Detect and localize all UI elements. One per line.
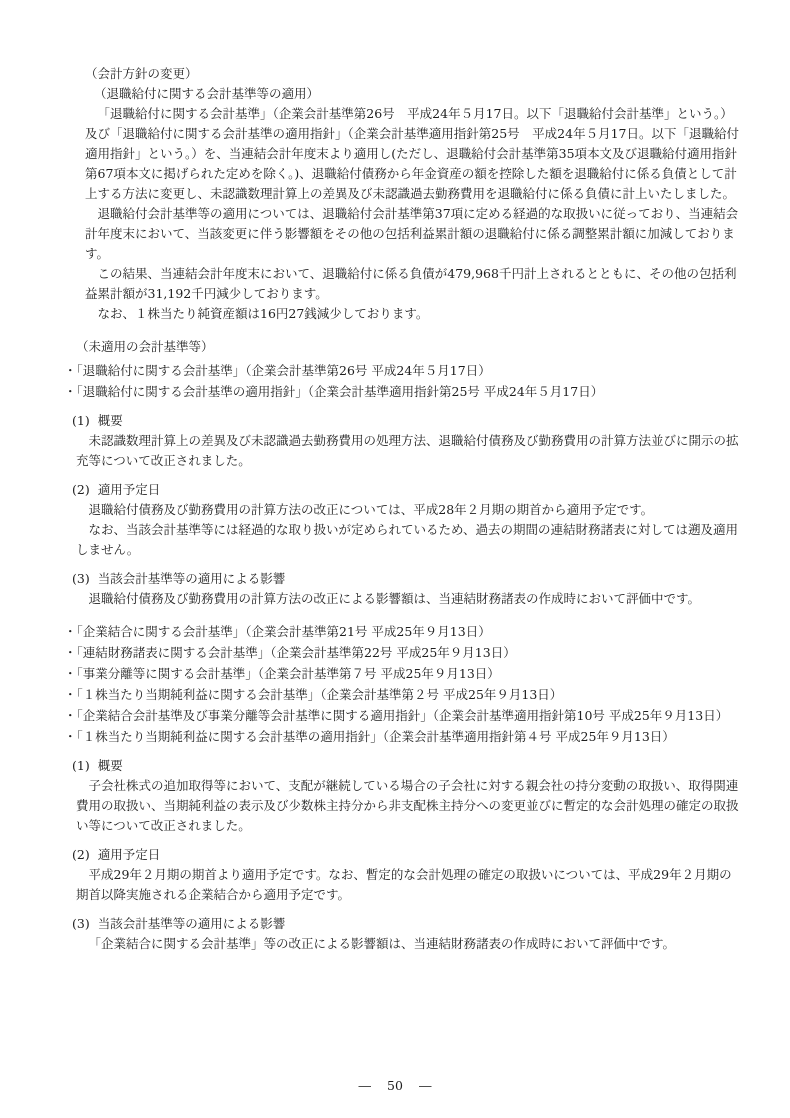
accounting-policy-change-section: （会計方針の変更） （退職給付に関する会計基準等の適用） 「退職給付に関する会計… (64, 64, 740, 324)
bullet-item: ・「企業結合に関する会計基準」（企業会計基準第21号 平成25年９月13日） (64, 621, 740, 642)
page-number: 50 (387, 1078, 403, 1093)
bullet-text: 「退職給付に関する会計基準の適用指針」（企業会計基準適用指針第25号 平成24年… (77, 384, 604, 399)
standards-bullet-list-1: ・「退職給付に関する会計基準」（企業会計基準第26号 平成24年５月17日） ・… (64, 360, 740, 402)
bullet-text: 「事業分離等に関する会計基準」（企業会計基準第７号 平成25年９月13日） (77, 666, 500, 681)
item-title: 当該会計基準等の適用による影響 (98, 571, 286, 586)
item-number: (2) (72, 845, 90, 865)
item-body: 未認識数理計算上の差異及び未認識過去勤務費用の処理方法、退職給付債務及び勤務費用… (76, 431, 740, 471)
item-title: 概要 (98, 413, 123, 428)
item-body: 退職給付債務及び勤務費用の計算方法の改正による影響額は、当連結財務諸表の作成時に… (76, 589, 740, 609)
bullet-marker: ・ (64, 729, 77, 744)
bullet-marker: ・ (64, 624, 77, 639)
subsection-heading-retirement-benefits: （退職給付に関する会計基準等の適用） (94, 84, 740, 104)
section-heading-unapplied-standards: （未適用の会計基準等） (76, 337, 740, 357)
paragraph-per-share-impact: なお、１株当たり純資産額は16円27銭減少しております。 (85, 304, 740, 324)
paragraph-transitional-treatment: 退職給付会計基準等の適用については、退職給付会計基準第37項に定める経過的な取扱… (85, 204, 740, 264)
numbered-item-application-date-2: (2)適用予定日 平成29年２月期の期首より適用予定です。なお、暫定的な会計処理… (64, 845, 740, 905)
item-number: (1) (72, 756, 90, 776)
item-body: 子会社株式の追加取得等において、支配が継続している場合の子会社に対する親会社の持… (76, 776, 740, 836)
numbered-item-impact-1: (3)当該会計基準等の適用による影響 退職給付債務及び勤務費用の計算方法の改正に… (64, 569, 740, 609)
paragraph-financial-impact: この結果、当連結会計年度末において、退職給付に係る負債が479,968千円計上さ… (85, 264, 740, 304)
bullet-item: ・「連結財務諸表に関する会計基準」（企業会計基準第22号 平成25年９月13日） (64, 642, 740, 663)
bullet-item: ・「事業分離等に関する会計基準」（企業会計基準第７号 平成25年９月13日） (64, 663, 740, 684)
bullet-text: 「企業結合会計基準及び事業分離等会計基準に関する適用指針」（企業会計基準適用指針… (77, 708, 729, 723)
item-number: (2) (72, 480, 90, 500)
bullet-text: 「１株当たり当期純利益に関する会計基準の適用指針」（企業会計基準適用指針第４号 … (77, 729, 675, 744)
bullet-marker: ・ (64, 363, 77, 378)
bullet-item: ・「企業結合会計基準及び事業分離等会計基準に関する適用指針」（企業会計基準適用指… (64, 705, 740, 726)
item-title: 概要 (98, 758, 123, 773)
bullet-text: 「退職給付に関する会計基準」（企業会計基準第26号 平成24年５月17日） (77, 363, 491, 378)
page-footer: ―50― (0, 1076, 790, 1096)
footer-dash-right: ― (419, 1078, 432, 1093)
bullet-marker: ・ (64, 666, 77, 681)
item-title: 適用予定日 (98, 847, 161, 862)
item-body: なお、当該会計基準等には経過的な取り扱いが定められているため、過去の期間の連結財… (76, 520, 740, 560)
footer-dash-left: ― (359, 1078, 372, 1093)
bullet-item: ・「退職給付に関する会計基準の適用指針」（企業会計基準適用指針第25号 平成24… (64, 381, 740, 402)
item-body: 平成29年２月期の期首より適用予定です。なお、暫定的な会計処理の確定の取扱いにつ… (76, 865, 740, 905)
bullet-marker: ・ (64, 645, 77, 660)
bullet-item: ・「退職給付に関する会計基準」（企業会計基準第26号 平成24年５月17日） (64, 360, 740, 381)
item-title: 当該会計基準等の適用による影響 (98, 916, 286, 931)
document-page: （会計方針の変更） （退職給付に関する会計基準等の適用） 「退職給付に関する会計… (0, 0, 790, 1118)
item-number: (3) (72, 914, 90, 934)
bullet-text: 「１株当たり当期純利益に関する会計基準」（企業会計基準第２号 平成25年９月13… (77, 687, 563, 702)
bullet-marker: ・ (64, 384, 77, 399)
item-body: 「企業結合に関する会計基準」等の改正による影響額は、当連結財務諸表の作成時におい… (76, 934, 740, 954)
bullet-item: ・「１株当たり当期純利益に関する会計基準の適用指針」（企業会計基準適用指針第４号… (64, 726, 740, 747)
bullet-marker: ・ (64, 687, 77, 702)
numbered-item-application-date-1: (2)適用予定日 退職給付債務及び勤務費用の計算方法の改正については、平成28年… (64, 480, 740, 560)
numbered-item-overview-2: (1)概要 子会社株式の追加取得等において、支配が継続している場合の子会社に対す… (64, 756, 740, 836)
item-body: 退職給付債務及び勤務費用の計算方法の改正については、平成28年２月期の期首から適… (76, 500, 740, 520)
bullet-text: 「連結財務諸表に関する会計基準」（企業会計基準第22号 平成25年９月13日） (77, 645, 516, 660)
item-number: (3) (72, 569, 90, 589)
standards-bullet-list-2: ・「企業結合に関する会計基準」（企業会計基準第21号 平成25年９月13日） ・… (64, 621, 740, 747)
numbered-item-overview-1: (1)概要 未認識数理計算上の差異及び未認識過去勤務費用の処理方法、退職給付債務… (64, 411, 740, 471)
bullet-marker: ・ (64, 708, 77, 723)
item-title: 適用予定日 (98, 482, 161, 497)
numbered-item-impact-2: (3)当該会計基準等の適用による影響 「企業結合に関する会計基準」等の改正による… (64, 914, 740, 954)
paragraph-standard-application: 「退職給付に関する会計基準」（企業会計基準第26号 平成24年５月17日。以下「… (85, 104, 740, 204)
section-heading-policy-change: （会計方針の変更） (85, 64, 740, 84)
item-number: (1) (72, 411, 90, 431)
bullet-item: ・「１株当たり当期純利益に関する会計基準」（企業会計基準第２号 平成25年９月1… (64, 684, 740, 705)
bullet-text: 「企業結合に関する会計基準」（企業会計基準第21号 平成25年９月13日） (77, 624, 491, 639)
unapplied-standards-section: （未適用の会計基準等） ・「退職給付に関する会計基準」（企業会計基準第26号 平… (64, 337, 740, 954)
